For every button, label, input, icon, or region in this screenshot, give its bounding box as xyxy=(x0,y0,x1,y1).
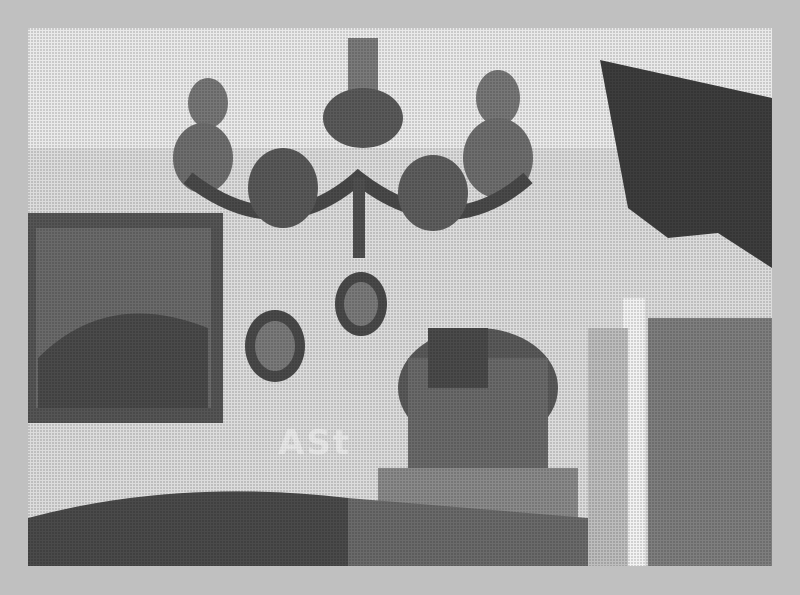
photo-scene xyxy=(28,28,772,566)
figurine xyxy=(378,328,578,528)
interior-photo: ASt xyxy=(28,28,772,566)
